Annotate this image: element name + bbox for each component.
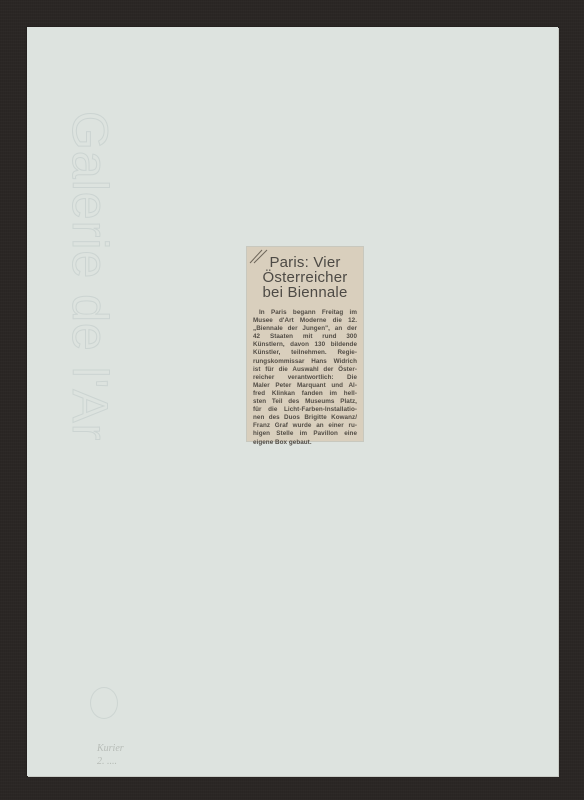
body-line: Künstler, teilnehmen. Regie- <box>253 349 357 357</box>
handwritten-note-date: 2. .... <box>97 755 124 768</box>
watermark-mark <box>90 687 118 719</box>
body-line: Franz Graf wurde an einer ru- <box>253 422 357 430</box>
body-line: In Paris begann Freitag im <box>253 309 357 317</box>
body-line: 42 Staaten mit rund 300 <box>253 333 357 341</box>
body-line: nen des Duos Brigitte Kowanz/ <box>253 414 357 422</box>
body-line: higen Stelle im Pavillon eine <box>253 430 357 438</box>
body-line: eigene Box gebaut. <box>253 439 357 447</box>
slash-mark-icon <box>249 248 269 264</box>
handwritten-note-source: Kurier <box>97 742 124 755</box>
watermark-text: Galerie de l'Ar <box>61 111 119 441</box>
body-line: „Biennale der Jungen", an der <box>253 325 357 333</box>
headline-line: Österreicher <box>253 270 357 285</box>
body-line: Musee d'Art Moderne die 12. <box>253 317 357 325</box>
watermark: Galerie de l'Ar <box>63 107 123 487</box>
newspaper-clipping: Paris: Vier Österreicher bei Biennale In… <box>247 247 363 441</box>
headline-line: bei Biennale <box>253 285 357 300</box>
body-line: Künstlern, davon 130 bildende <box>253 341 357 349</box>
body-line: rungskommissar Hans Widrich <box>253 358 357 366</box>
handwritten-notes: Kurier 2. .... <box>97 742 124 768</box>
body-line: Maler Peter Marquant und Al- <box>253 382 357 390</box>
clipping-body: In Paris begann Freitag im Musee d'Art M… <box>253 309 357 447</box>
body-line: reicher verantwortlich: Die <box>253 374 357 382</box>
body-line: fred Klinkan fanden im hell- <box>253 390 357 398</box>
body-line: für die Licht-Farben-Installatio- <box>253 406 357 414</box>
body-line: sten Teil des Museums Platz, <box>253 398 357 406</box>
body-line: ist für die Auswahl der Öster- <box>253 366 357 374</box>
